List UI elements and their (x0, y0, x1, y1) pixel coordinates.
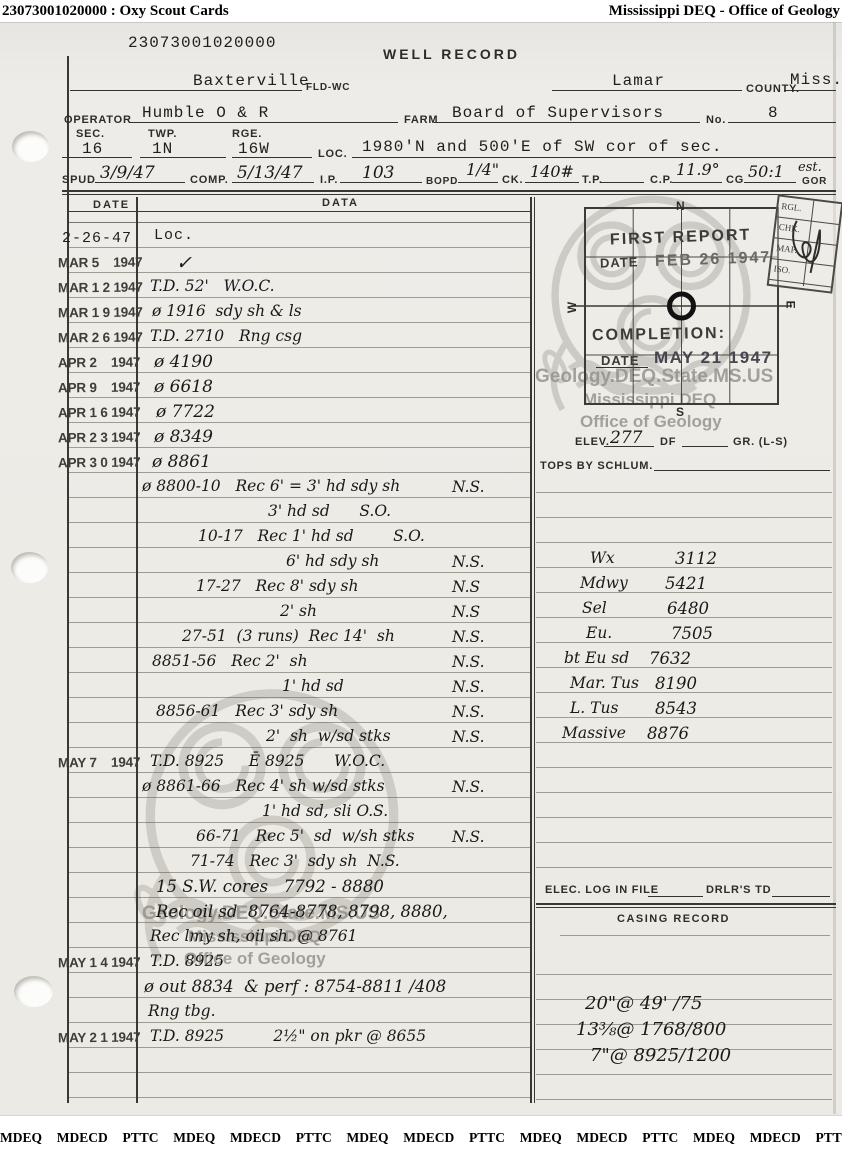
farm-label: FARM (404, 114, 438, 126)
log-row: 6' hd sdy shN.S. (58, 552, 530, 576)
log-row-data: ø 7722 (140, 402, 215, 422)
sec-label: SEC. (76, 128, 105, 140)
log-row: Rec lmy sh, oil sh. @ 8761 (58, 927, 530, 951)
log-row: 2-26-47Loc. (58, 227, 530, 251)
loc-value: 1980'N and 500'E of SW cor of sec. (362, 138, 722, 156)
tops-section-label: TOPS BY SCHLUM. (540, 460, 653, 472)
rge-label: RGE. (232, 128, 262, 140)
log-row: Rec oil sd 8764-8778, 8798, 8880, (58, 902, 530, 926)
log-row-note: N.S. (452, 778, 485, 796)
log-row-data: T.D. 2710 Rng csg (140, 327, 302, 345)
log-row-note: N.S. (452, 728, 485, 746)
tops-name: Wx (590, 549, 615, 567)
tops-name: Mdwy (580, 574, 628, 592)
log-row-date: APR 2 1947 (58, 355, 138, 371)
cp-value: 11.9° (676, 160, 720, 179)
log-row-date: MAR 1 2 1947 (58, 280, 138, 296)
log-row: APR 3 0 1947ø 8861 (58, 452, 530, 476)
log-row-data: ø 4190 (140, 352, 213, 372)
log-row: APR 2 1947ø 4190 (58, 352, 530, 376)
log-row-date: MAY 2 1 1947 (58, 1030, 138, 1046)
log-row: MAR 1 9 1947ø 1916 sdy sh & ls (58, 302, 530, 326)
log-row-data: ø out 8834 & perf : 8754-8811 /408 (140, 977, 446, 996)
log-row-date: MAR 1 9 1947 (58, 305, 138, 321)
tops-depth: 5421 (665, 574, 707, 593)
log-row-data: 10-17 Rec 1' hd sd S.O. (140, 527, 425, 545)
log-row: 27-51 (3 runs) Rec 14' shN.S. (58, 627, 530, 651)
log-row: MAY 2 1 1947T.D. 8925 2½" on pkr @ 8655 (58, 1027, 530, 1051)
review-stamp-box: RGL. CHK. MAP. ISO. (767, 194, 842, 293)
farm-value: Board of Supervisors (452, 104, 664, 122)
log-row: 17-27 Rec 8' sdy shN.S (58, 577, 530, 601)
log-row-date: MAY 7 1947 (58, 755, 138, 771)
punch-hole (11, 552, 48, 583)
tops-depth: 7505 (671, 624, 713, 643)
elev-label: ELEV. (575, 436, 610, 448)
log-row-data: Rec lmy sh, oil sh. @ 8761 (140, 927, 357, 945)
state-value: Miss. (790, 71, 842, 89)
log-row-data: 8851-56 Rec 2' sh (140, 652, 308, 670)
tops-name: Mar. Tus (570, 674, 639, 692)
operator-value: Humble O & R (142, 104, 269, 122)
log-row-data: Loc. (140, 227, 194, 244)
completion-date-label: DATE (601, 353, 639, 368)
twp-label: TWP. (148, 128, 177, 140)
twp-value: 1N (152, 140, 173, 158)
spud-label: SPUD (62, 174, 96, 186)
casing-record-header: CASING RECORD (617, 913, 730, 925)
log-row-data: 8856-61 Rec 3' sdy sh (140, 702, 338, 720)
viewer-footer-bar: MDEQ MDECD PTTC MDEQ MDECD PTTC MDEQ MDE… (0, 1126, 842, 1151)
log-row: ø 8861-66 Rec 4' sh w/sd stksN.S. (58, 777, 530, 801)
log-row-data: Rng tbg. (140, 1002, 216, 1020)
compass-north-label: N (676, 199, 685, 213)
log-row: APR 9 1947ø 6618 (58, 377, 530, 401)
log-row-data: ø 1916 sdy sh & ls (140, 302, 302, 320)
log-row: MAR 5 1947✓ (58, 252, 530, 276)
tops-depth: 3112 (675, 549, 717, 568)
tops-name: Eu. (586, 624, 612, 642)
log-row-note: N.S. (452, 553, 485, 571)
log-row-data: ø 8861 (140, 452, 211, 472)
elev-value: 277 (610, 428, 642, 448)
log-row-date: MAR 2 6 1947 (58, 330, 138, 346)
tops-name: L. Tus (570, 699, 618, 717)
tops-depth: 8190 (655, 674, 697, 693)
ck-value: 140# (530, 162, 574, 181)
elev-gr-label: GR. (L-S) (733, 436, 788, 448)
comp-label: COMP. (190, 174, 229, 186)
completion-date-value: MAY 21 1947 (654, 348, 773, 368)
first-report-date-label: DATE (600, 254, 639, 270)
log-row-data: 1' hd sd (140, 677, 344, 695)
log-row: Rng tbg. (58, 1002, 530, 1026)
log-row-data: T.D. 8925 Ē 8925 W.O.C. (140, 752, 385, 770)
log-row: 2' sh w/sd stksN.S. (58, 727, 530, 751)
casing-entry: 20"@ 49' /75 (585, 993, 702, 1014)
log-row: MAR 1 2 1947T.D. 52' W.O.C. (58, 277, 530, 301)
log-row-date: APR 1 6 1947 (58, 405, 138, 421)
loc-label: LOC. (318, 148, 347, 160)
log-row-note: N.S. (452, 703, 485, 721)
log-row-data: ø 8861-66 Rec 4' sh w/sd stks (140, 777, 385, 795)
log-row: MAR 2 6 1947T.D. 2710 Rng csg (58, 327, 530, 351)
well-no-label: No. (706, 114, 726, 126)
log-row-date: APR 3 0 1947 (58, 455, 138, 471)
log-row-note: N.S (452, 603, 480, 621)
log-row: 1' hd sd, sli O.S. (58, 802, 530, 826)
cp-label: C.P. (650, 174, 673, 186)
log-row-date: 2-26-47 (62, 230, 142, 247)
compass-south-label: S (676, 405, 685, 419)
log-row-date: MAR 5 1947 (58, 255, 138, 271)
log-row-data: ø 8800-10 Rec 6' = 3' hd sdy sh (140, 477, 400, 495)
casing-entry: 7"@ 8925/1200 (590, 1045, 731, 1066)
drlrs-td-label: DRLR'S TD (706, 884, 771, 896)
compass-west-label: W (565, 301, 579, 313)
log-row: APR 1 6 1947ø 7722 (58, 402, 530, 426)
log-row-data: ø 8349 (140, 427, 213, 447)
ck-size-value: 1/4" (466, 160, 499, 179)
elec-log-label: ELEC. LOG IN FILE (545, 884, 659, 896)
cg-value: 50:1 (748, 162, 784, 181)
tops-depth: 6480 (667, 599, 709, 618)
bopd-label: BOPD (426, 176, 458, 187)
log-row: 10-17 Rec 1' hd sd S.O. (58, 527, 530, 551)
spud-value: 3/9/47 (100, 163, 155, 183)
log-row-data: Rec oil sd 8764-8778, 8798, 8880, (140, 902, 448, 921)
review-signature-scribble (780, 212, 835, 281)
paper-right-edge (833, 22, 836, 1114)
sec-value: 16 (82, 140, 103, 158)
compass-east-label: E (783, 301, 797, 310)
log-row-date: APR 9 1947 (58, 380, 138, 396)
tops-depth: 8543 (655, 699, 697, 718)
punch-hole (14, 976, 53, 1007)
ck-label: CK. (502, 174, 523, 186)
rge-value: 16W (238, 140, 270, 158)
well-no-value: 8 (768, 104, 779, 122)
county-value: Lamar (612, 72, 665, 90)
log-row-note: N.S. (452, 478, 485, 496)
log-row: ø 8800-10 Rec 6' = 3' hd sdy shN.S. (58, 477, 530, 501)
log-row-note: N.S. (452, 653, 485, 671)
log-row-date: MAY 1 4 1947 (58, 955, 138, 971)
log-row-data: 71-74 Rec 3' sdy sh N.S. (140, 852, 400, 870)
tops-depth: 8876 (647, 724, 689, 743)
log-row: 2' shN.S (58, 602, 530, 626)
viewer-header-bar: 23073001020000 : Oxy Scout Cards Mississ… (0, 1, 842, 22)
log-row-data: T.D. 8925 (140, 952, 224, 970)
log-row: MAY 7 1947T.D. 8925 Ē 8925 W.O.C. (58, 752, 530, 776)
tops-name: bt Eu sd (564, 649, 629, 667)
date-column-header: DATE (93, 199, 130, 211)
operator-label: OPERATOR (64, 114, 132, 126)
tops-name: Sel (582, 599, 607, 617)
log-row-data: 66-71 Rec 5' sd w/sh stks (140, 827, 415, 845)
gor-label: GOR (802, 176, 827, 187)
card-title: WELL RECORD (383, 46, 520, 62)
ip-label: I.P. (320, 174, 338, 186)
log-row-note: N.S. (452, 828, 485, 846)
log-row-data: 27-51 (3 runs) Rec 14' sh (140, 627, 395, 645)
log-row-data: ✓ (140, 252, 192, 274)
log-row: APR 2 3 1947ø 8349 (58, 427, 530, 451)
log-row: 3' hd sd S.O. (58, 502, 530, 526)
data-column-header: DATA (322, 197, 359, 209)
elev-df-label: DF (660, 436, 676, 448)
footer-partner-text: MDEQ MDECD PTTC MDEQ MDECD PTTC MDEQ MDE… (0, 1130, 842, 1146)
log-row: 1' hd sdN.S. (58, 677, 530, 701)
log-row-data: ø 6618 (140, 377, 213, 397)
completion-stamp: COMPLETION: (592, 325, 726, 345)
log-row-data: 1' hd sd, sli O.S. (140, 802, 388, 820)
casing-entry: 13⅜@ 1768/800 (576, 1019, 726, 1040)
log-row-data: 6' hd sdy sh (140, 552, 379, 570)
log-row: 66-71 Rec 5' sd w/sh stksN.S. (58, 827, 530, 851)
log-row-date: APR 2 3 1947 (58, 430, 138, 446)
log-row: MAY 1 4 1947T.D. 8925 (58, 952, 530, 976)
api-number: 23073001020000 (128, 34, 276, 52)
log-row-data: T.D. 52' W.O.C. (140, 277, 275, 295)
right-column-rules (536, 468, 832, 868)
log-row: 71-74 Rec 3' sdy sh N.S. (58, 852, 530, 876)
tops-name: Massive (562, 724, 626, 742)
log-row: 15 S.W. cores 7792 - 8880 (58, 877, 530, 901)
log-row: 8856-61 Rec 3' sdy shN.S. (58, 702, 530, 726)
log-row-data: 15 S.W. cores 7792 - 8880 (140, 877, 384, 896)
log-row-data: 2' sh (140, 602, 317, 620)
log-row: ø out 8834 & perf : 8754-8811 /408 (58, 977, 530, 1001)
viewer-title-left: 23073001020000 : Oxy Scout Cards (2, 3, 229, 20)
viewer-title-right: Mississippi DEQ - Office of Geology (609, 3, 840, 20)
cg-label: CG (726, 174, 744, 186)
log-row-note: N.S. (452, 678, 485, 696)
log-row-data: T.D. 8925 2½" on pkr @ 8655 (140, 1027, 426, 1045)
log-row: 8851-56 Rec 2' shN.S. (58, 652, 530, 676)
log-row-data: 17-27 Rec 8' sdy sh (140, 577, 358, 595)
log-row-note: N.S (452, 578, 480, 596)
ip-value: 103 (362, 163, 394, 183)
field-label: FLD-WC (306, 82, 350, 93)
punch-hole (12, 131, 49, 162)
log-row-note: N.S. (452, 628, 485, 646)
est-note: est. (798, 160, 822, 175)
comp-value: 5/13/47 (237, 163, 303, 183)
tops-depth: 7632 (649, 649, 691, 668)
tp-label: T.P. (582, 174, 603, 186)
log-row-data: 3' hd sd S.O. (140, 502, 391, 520)
field-value: Baxterville (193, 72, 310, 90)
log-row-data: 2' sh w/sd stks (140, 727, 391, 745)
